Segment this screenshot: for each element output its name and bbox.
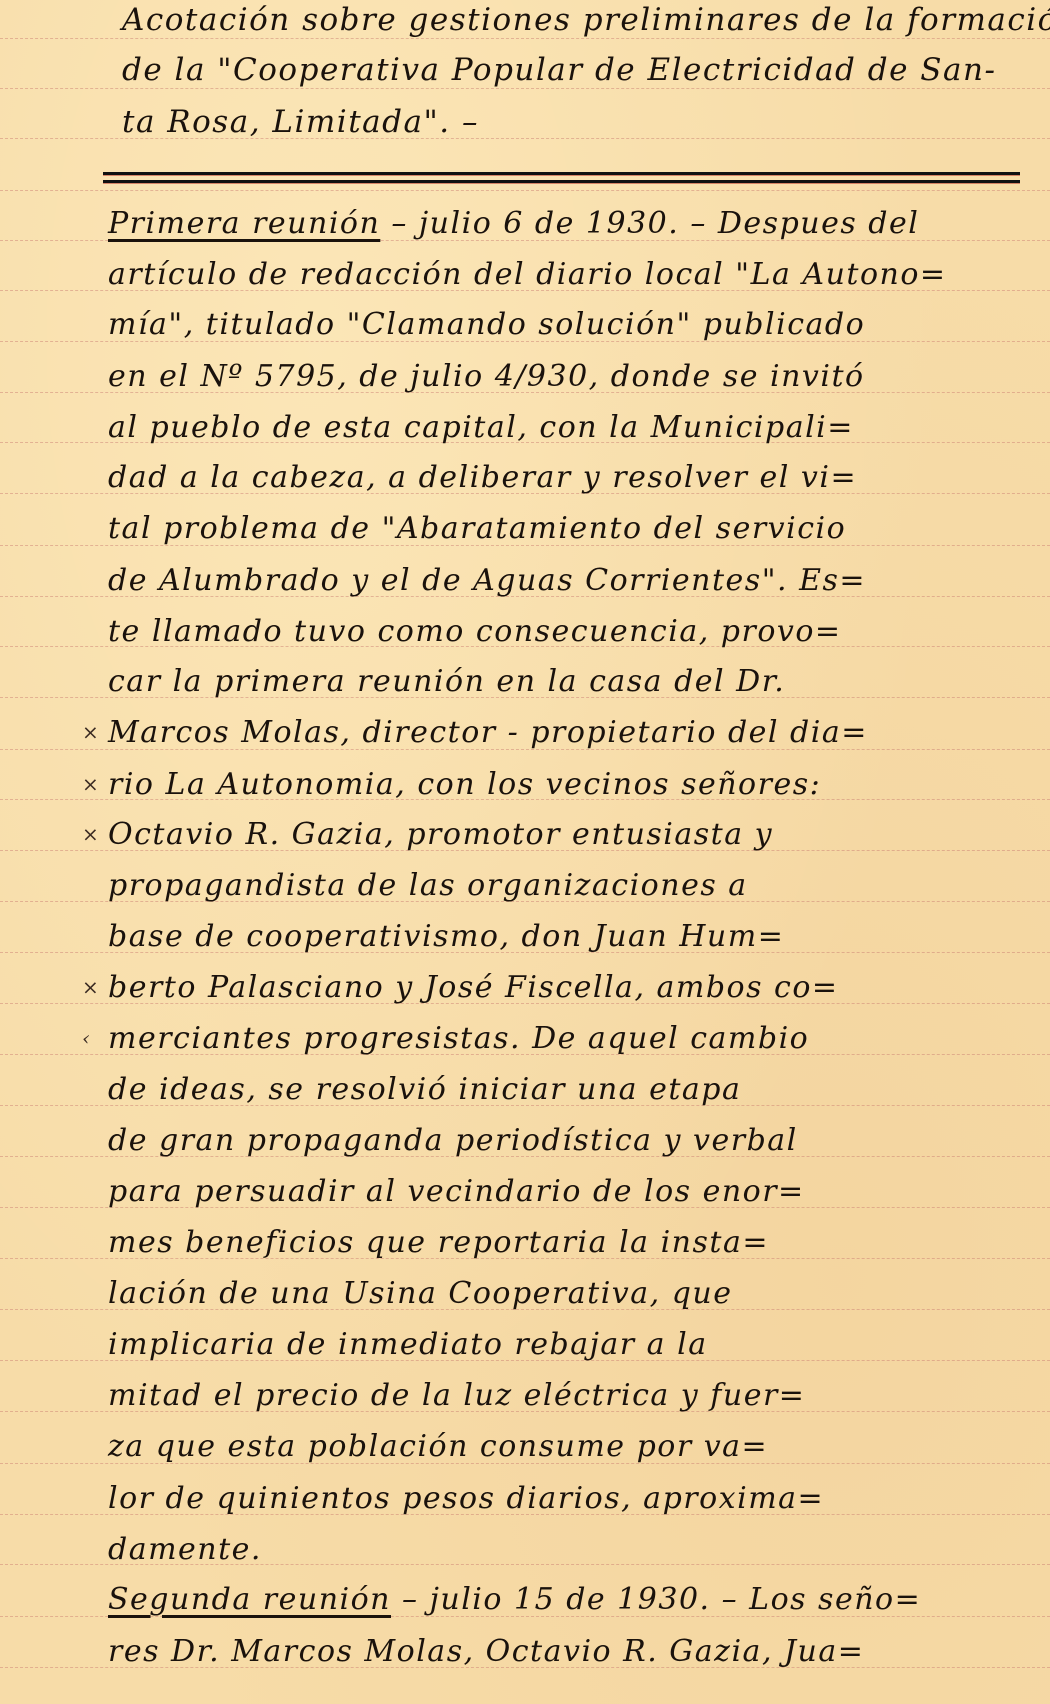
text-line: implicaria de inmediato rebajar a la	[108, 1325, 1043, 1365]
text-line: de Alumbrado y el de Aguas Corrientes". …	[108, 561, 1043, 601]
text-line: lor de quinientos pesos diarios, aproxim…	[108, 1479, 1043, 1519]
text-line: mitad el precio de la luz eléctrica y fu…	[108, 1376, 1043, 1416]
margin-cross-mark: ×	[82, 822, 99, 846]
section1-heading-rest: – julio 6 de 1930. – Despues del	[380, 206, 919, 241]
text-line: de ideas, se resolvió iniciar una etapa	[108, 1070, 1043, 1110]
section2-heading: Segunda reunión	[108, 1582, 391, 1617]
text-line: za que esta población consume por va=	[108, 1427, 1043, 1467]
text-line: artículo de redacción del diario local "…	[108, 255, 1043, 295]
margin-cross-mark: ×	[82, 720, 99, 744]
text-line: damente.	[108, 1530, 1043, 1570]
rule-top	[103, 172, 1020, 175]
text-line: car la primera reunión en la casa del Dr…	[108, 662, 1043, 702]
text-line: de gran propaganda periodística y verbal	[108, 1121, 1043, 1161]
text-line: lación de una Usina Cooperativa, que	[108, 1274, 1043, 1314]
section2-heading-line: Segunda reunión – julio 15 de 1930. – Lo…	[108, 1580, 1043, 1620]
text-line: en el Nº 5795, de julio 4/930, donde se …	[108, 357, 1043, 397]
handwritten-document-page: Acotación sobre gestiones preliminares d…	[0, 0, 1050, 1704]
text-line: dad a la cabeza, a deliberar y resolver …	[108, 458, 1043, 498]
document-title-line-3: ta Rosa, Limitada". –	[122, 102, 1050, 142]
document-title-line-2: de la "Cooperativa Popular de Electricid…	[122, 50, 1050, 90]
text-line: res Dr. Marcos Molas, Octavio R. Gazia, …	[108, 1632, 1043, 1672]
margin-check-mark: ‹	[82, 1026, 90, 1050]
text-line: merciantes progresistas. De aquel cambio	[108, 1019, 1043, 1059]
text-line: base de cooperativismo, don Juan Hum=	[108, 917, 1043, 957]
margin-cross-mark: ×	[82, 772, 99, 796]
text-line: mes beneficios que reportaria la insta=	[108, 1223, 1043, 1263]
section2-heading-rest: – julio 15 de 1930. – Los seño=	[391, 1582, 921, 1617]
text-line: tal problema de "Abaratamiento del servi…	[108, 509, 1043, 549]
document-title-line-1: Acotación sobre gestiones preliminares d…	[122, 0, 1050, 40]
text-line: Marcos Molas, director - propietario del…	[108, 713, 1043, 753]
margin-cross-mark: ×	[82, 975, 99, 999]
text-line: para persuadir al vecindario de los enor…	[108, 1172, 1043, 1212]
text-line: rio La Autonomia, con los vecinos señore…	[108, 765, 1043, 805]
text-line: mía", titulado "Clamando solución" publi…	[108, 305, 1043, 345]
text-line: te llamado tuvo como consecuencia, provo…	[108, 612, 1043, 652]
text-line: Octavio R. Gazia, promotor entusiasta y	[108, 815, 1043, 855]
double-rule-divider	[103, 172, 1020, 182]
text-line: al pueblo de esta capital, con la Munici…	[108, 408, 1043, 448]
section1-heading: Primera reunión	[108, 206, 380, 241]
text-line: berto Palasciano y José Fiscella, ambos …	[108, 968, 1043, 1008]
text-line: propagandista de las organizaciones a	[108, 866, 1043, 906]
rule-bottom	[103, 180, 1020, 183]
ruled-line	[0, 190, 1050, 191]
section1-heading-line: Primera reunión – julio 6 de 1930. – Des…	[108, 204, 1043, 244]
